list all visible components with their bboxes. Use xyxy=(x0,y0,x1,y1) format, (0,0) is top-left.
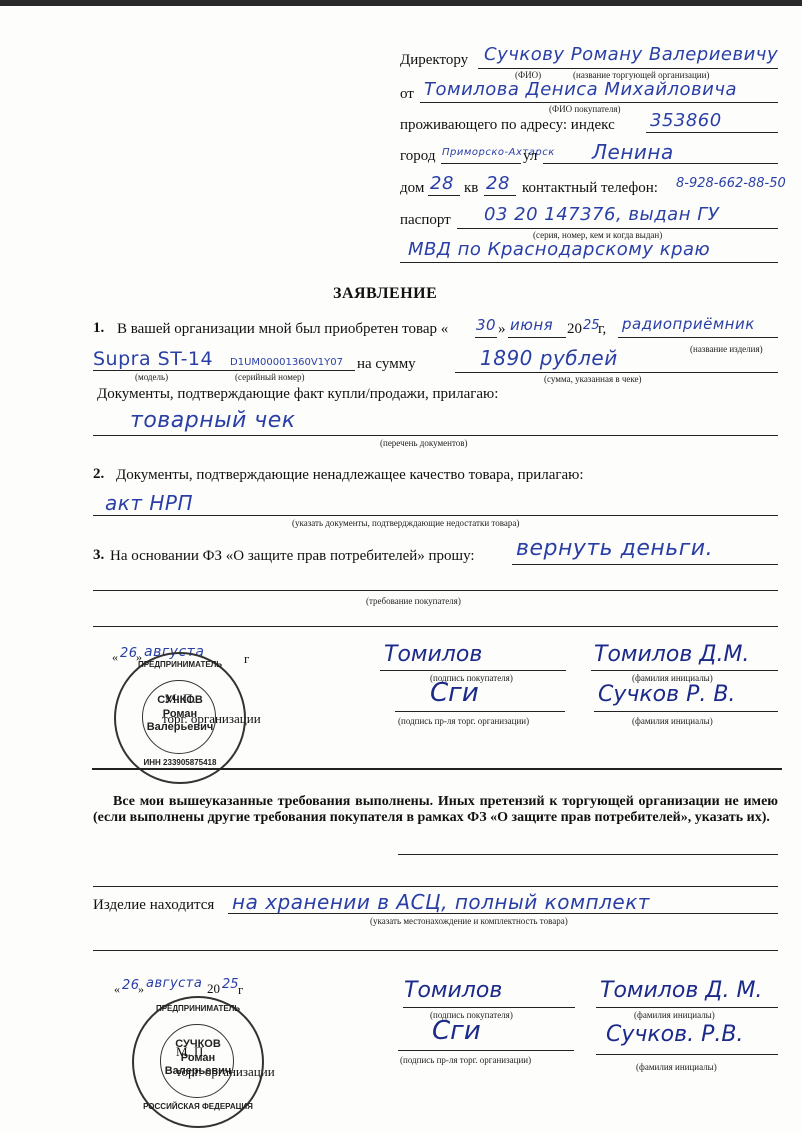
section2-line xyxy=(93,515,778,516)
seller-sig1-line xyxy=(395,711,565,712)
closing-line-2 xyxy=(93,886,778,887)
quote-close: » xyxy=(498,321,506,337)
index-field[interactable]: 353860 xyxy=(650,110,722,131)
apt-line xyxy=(484,195,516,196)
seller-sig2-caption: (подпись пр-ля торг. организации) xyxy=(400,1055,531,1065)
buyer-signature-2[interactable]: Томилов xyxy=(404,978,502,1003)
closing-paragraph: Все мои вышеуказанные требования выполне… xyxy=(93,794,778,826)
closing-line-1 xyxy=(398,854,778,855)
purchase-month-field[interactable]: июня xyxy=(510,316,553,334)
from-caption: (ФИО покупателя) xyxy=(549,104,621,114)
passport-line-2 xyxy=(400,262,778,263)
serial-field[interactable]: D1UM00001360V1Y07 xyxy=(230,357,343,368)
street-label: ул xyxy=(523,148,537,164)
house-field[interactable]: 28 xyxy=(430,173,454,194)
house-line xyxy=(428,195,460,196)
buyer-signature-1[interactable]: Томилов xyxy=(384,642,482,667)
seller-name2-caption: (фамилия инициалы) xyxy=(636,1062,717,1072)
section3-line xyxy=(512,564,778,565)
year-unit: г, xyxy=(598,321,606,337)
seller-name-2-field[interactable]: Сучков. Р.В. xyxy=(606,1022,743,1047)
from-label: от xyxy=(400,86,414,102)
model-caption: (модель) xyxy=(135,372,168,382)
stamp-name-line2: Роман xyxy=(134,1052,262,1065)
address-label: проживающего по адресу: индекс xyxy=(400,117,615,133)
buyer-sig1-line xyxy=(380,670,566,671)
buyer-name-2-field[interactable]: Томилов Д. М. xyxy=(600,978,762,1003)
city-line xyxy=(441,163,521,164)
product-line xyxy=(618,337,778,338)
location-caption: (указать местонахождение и комплектность… xyxy=(370,916,568,926)
date1-year-unit: г xyxy=(244,651,249,667)
docs-caption: (перечень документов) xyxy=(380,438,468,448)
seller-name1-caption: (фамилия инициалы) xyxy=(632,716,713,726)
date2-year-prefix: 20 xyxy=(207,981,220,997)
stamp-name-line1: СУЧКОВ xyxy=(116,694,244,707)
section1-number: 1. xyxy=(93,320,104,336)
seller-name-1-field[interactable]: Сучков Р. В. xyxy=(598,682,735,707)
seller-name1-line xyxy=(594,711,778,712)
product-name-field[interactable]: радиоприёмник xyxy=(622,315,755,333)
section-divider xyxy=(92,768,782,770)
docs-line xyxy=(93,435,778,436)
section2-field[interactable]: акт НРП xyxy=(105,491,193,515)
section3-line-2 xyxy=(93,590,778,591)
stamp-name-line3: Валерьевич xyxy=(134,1065,262,1078)
director-field[interactable]: Сучкову Роману Валериевичу xyxy=(484,44,778,65)
section2-number: 2. xyxy=(93,466,104,482)
city-label: город xyxy=(400,148,435,164)
section2-caption: (указать документы, подтвердждающие недо… xyxy=(292,518,519,528)
city-field[interactable]: Приморско-Ахтарск xyxy=(442,147,555,158)
docs-field[interactable]: товарный чек xyxy=(130,408,296,433)
stamp-bottom-text: РОССИЙСКАЯ ФЕДЕРАЦИЯ xyxy=(134,1102,262,1111)
section3-field[interactable]: вернуть деньги. xyxy=(516,536,713,561)
date2-mid: » xyxy=(138,981,144,997)
section3-line-3 xyxy=(93,626,778,627)
model-line xyxy=(93,370,355,371)
company-stamp-2: ПРЕДПРИНИМАТЕЛЬ СУЧКОВ Роман Валерьевич … xyxy=(132,996,264,1128)
month-line xyxy=(508,337,566,338)
stamp-ring-text: ПРЕДПРИНИМАТЕЛЬ xyxy=(134,1004,262,1013)
passport-field[interactable]: 03 20 147376, выдан ГУ xyxy=(484,204,719,225)
stamp-name-line1: СУЧКОВ xyxy=(134,1038,262,1051)
apt-field[interactable]: 28 xyxy=(486,173,510,194)
seller-name2-line xyxy=(596,1054,778,1055)
stamp-inn-text: ИНН 233905875418 xyxy=(116,758,244,767)
date1-day-field[interactable]: 26 xyxy=(120,646,138,661)
stamp-ring-text: ПРЕДПРИНИМАТЕЛЬ xyxy=(116,660,244,669)
date2-day-field[interactable]: 26 xyxy=(122,978,140,993)
passport-field-2[interactable]: МВД по Краснодарскому краю xyxy=(408,239,710,260)
section3-text: На основании ФЗ «О защите прав потребите… xyxy=(110,548,475,564)
location-field[interactable]: на хранении в АСЦ, полный комплект xyxy=(232,890,650,914)
docs-label: Документы, подтверждающие факт купли/про… xyxy=(97,386,498,402)
seller-signature-2[interactable]: Сги xyxy=(432,1016,481,1046)
date2-open: « xyxy=(114,981,120,997)
location-line-2 xyxy=(93,950,778,951)
day-line xyxy=(475,337,497,338)
document-title: ЗАЯВЛЕНИЕ xyxy=(333,285,437,303)
buyer-name2-line xyxy=(596,1007,778,1008)
from-line xyxy=(420,102,778,103)
seller-sig2-line xyxy=(398,1050,574,1051)
sum-field[interactable]: 1890 рублей xyxy=(480,346,618,370)
seller-sig1-caption: (подпись пр-ля торг. организации) xyxy=(398,716,529,726)
sum-line xyxy=(455,372,778,373)
section2-text: Документы, подтверждающие ненадлежащее к… xyxy=(116,467,584,483)
product-caption: (название изделия) xyxy=(690,344,763,354)
section3-caption: (требование покупателя) xyxy=(366,596,461,606)
house-label: дом xyxy=(400,180,424,196)
buyer-name-1-field[interactable]: Томилов Д.М. xyxy=(594,642,749,667)
street-field[interactable]: Ленина xyxy=(592,140,674,164)
buyer-name1-line xyxy=(591,670,778,671)
stamp-name-line2: Роман xyxy=(116,708,244,721)
passport-line xyxy=(457,228,778,229)
year-prefix: 20 xyxy=(567,321,582,337)
stamp-name-line3: Валерьевич xyxy=(116,721,244,734)
director-label: Директору xyxy=(400,52,468,68)
document-page: Директору Сучкову Роману Валериевичу (ФИ… xyxy=(0,6,802,1133)
date2-month-field[interactable]: августа xyxy=(146,976,202,991)
serial-caption: (серийный номер) xyxy=(235,372,305,382)
section1-text: В вашей организации мной был приобретен … xyxy=(117,321,448,337)
from-field[interactable]: Томилова Дениса Михайловича xyxy=(424,79,737,100)
index-line xyxy=(646,132,778,133)
model-field[interactable]: Supra ST-14 xyxy=(93,348,213,370)
company-stamp-1: ПРЕДПРИНИМАТЕЛЬ СУЧКОВ Роман Валерьевич … xyxy=(114,652,246,784)
phone-field[interactable]: 8-928-662-88-50 xyxy=(676,176,786,191)
seller-signature-1[interactable]: Сги xyxy=(430,678,479,708)
director-line xyxy=(478,68,778,69)
section3-number: 3. xyxy=(93,547,104,563)
phone-label: контактный телефон: xyxy=(522,180,658,196)
sum-label: на сумму xyxy=(357,356,416,372)
buyer-name2-caption: (фамилия инициалы) xyxy=(634,1010,715,1020)
buyer-sig2-line xyxy=(403,1007,575,1008)
date2-year-field[interactable]: 25 xyxy=(222,977,239,992)
sum-caption: (сумма, указанная в чеке) xyxy=(544,374,642,384)
purchase-day-field[interactable]: 30 xyxy=(476,316,496,334)
apt-label: кв xyxy=(464,180,478,196)
passport-label: паспорт xyxy=(400,212,451,228)
location-label: Изделие находится xyxy=(93,897,214,913)
date2-year-unit: г xyxy=(238,982,243,998)
